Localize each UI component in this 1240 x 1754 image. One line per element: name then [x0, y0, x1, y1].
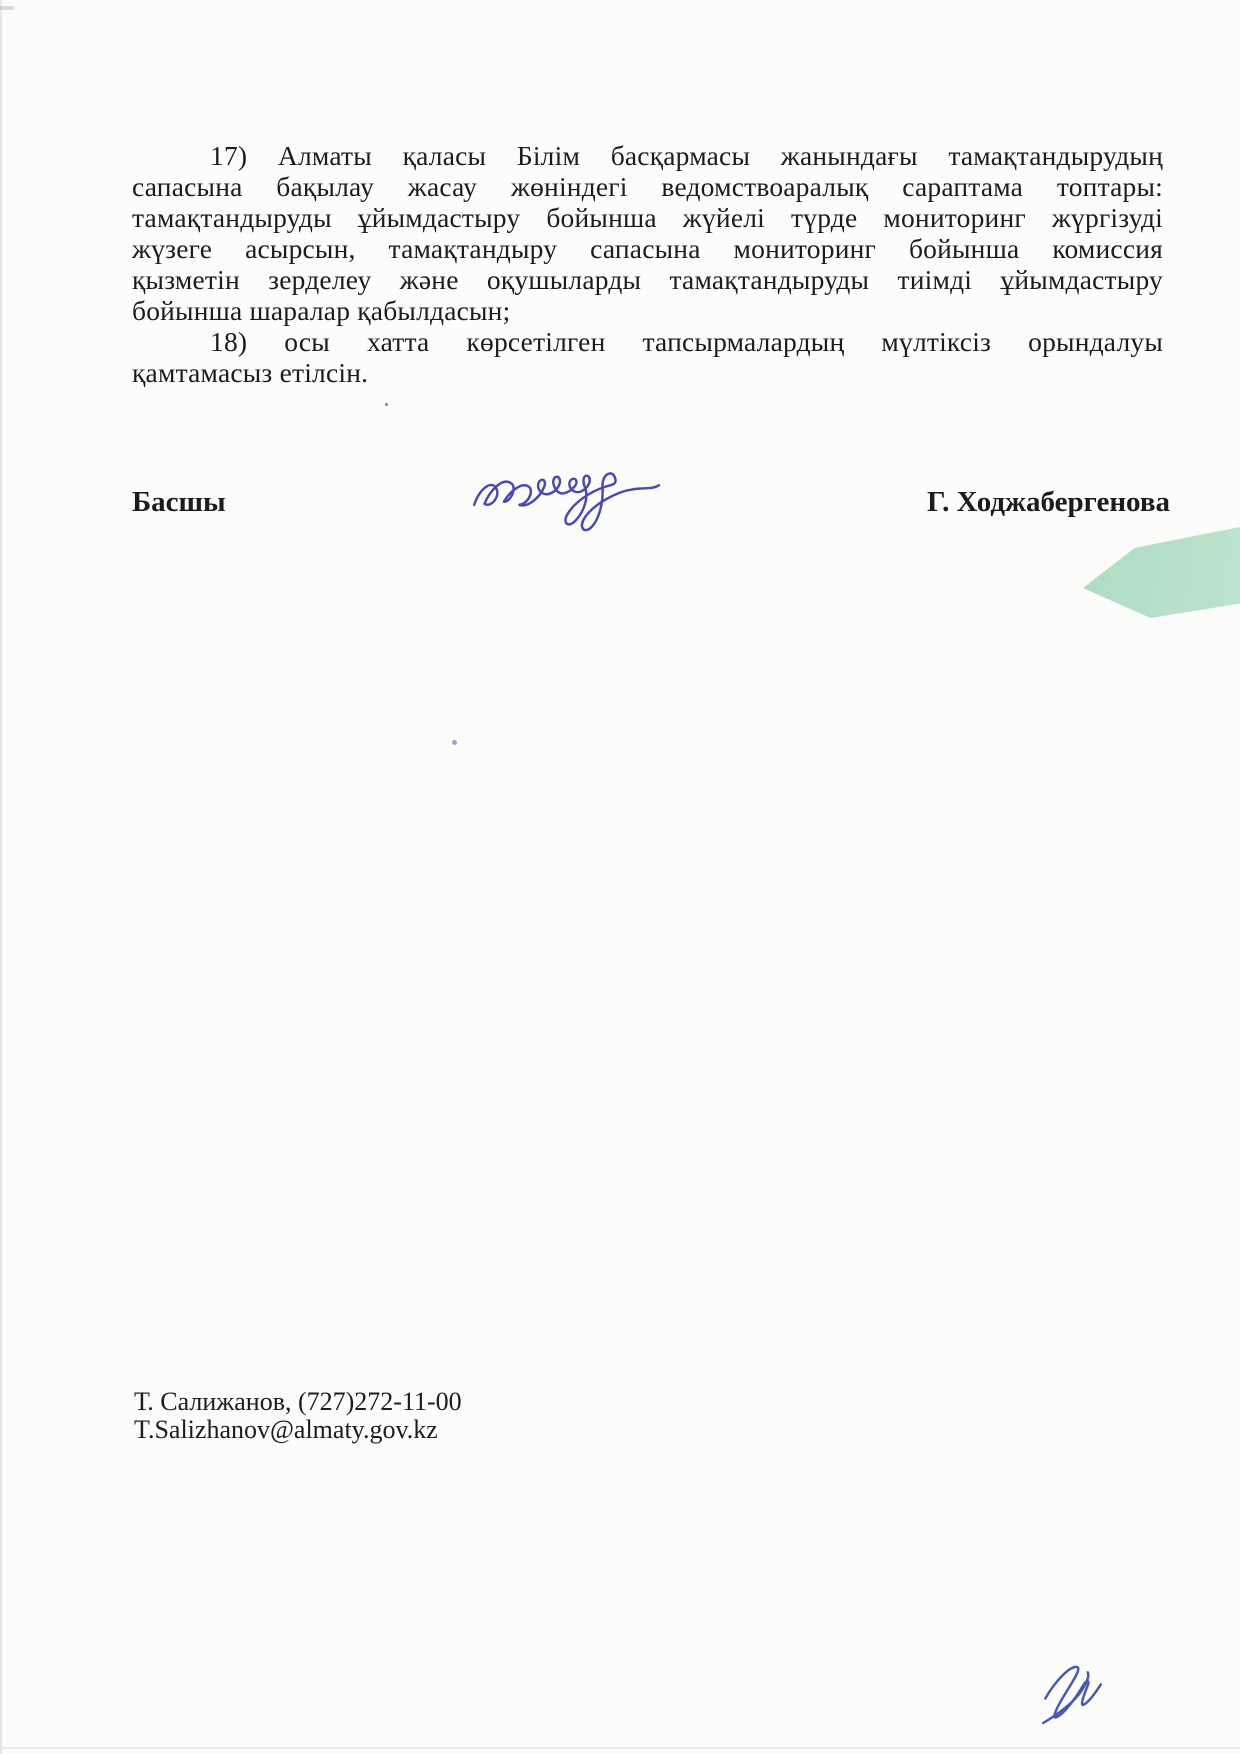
contact-email: T.Salizhanov@almaty.gov.kz [134, 1416, 462, 1444]
scan-edge-bottom [0, 1747, 1240, 1749]
text-line: 17) Алматы қаласы Білім басқармасы жанын… [132, 140, 1163, 171]
text-line: 18) осы хатта көрсетілген тапсырмалардың… [132, 326, 1163, 357]
scanned-letter-page: 17) Алматы қаласы Білім басқармасы жанын… [0, 0, 1240, 1754]
body-text: 17) Алматы қаласы Білім басқармасы жанын… [132, 140, 1163, 388]
handwritten-signature [468, 448, 663, 536]
signature-stroke-icon [468, 448, 663, 536]
scan-speck [385, 403, 388, 406]
scan-edge-left [0, 0, 2, 1754]
scan-speck [0, 6, 14, 10]
initials-signature [1022, 1646, 1110, 1732]
text-line: бойынша шаралар қабылдасын; [132, 295, 1163, 326]
text-line: қызметін зерделеу және оқушыларды тамақт… [132, 264, 1163, 295]
text-line: қамтамасыз етілсін. [132, 357, 1163, 388]
text-line: сапасына бақылау жасау жөніндегі ведомст… [132, 171, 1163, 202]
signatory-name: Г. Ходжабергенова [927, 486, 1170, 519]
ink-dot [452, 740, 457, 745]
footer-contact-block: Т. Салижанов, (727)272-11-00 T.Salizhano… [134, 1388, 462, 1444]
signatory-title: Басшы [132, 486, 226, 519]
text-line: тамақтандыруды ұйымдастыру бойынша жүйел… [132, 202, 1163, 233]
green-sticker-flag [1083, 527, 1240, 618]
text-line: жүзеге асырсын, тамақтандыру сапасына мо… [132, 233, 1163, 264]
contact-name-phone: Т. Салижанов, (727)272-11-00 [134, 1388, 462, 1416]
signature-stroke-icon [1022, 1646, 1110, 1732]
